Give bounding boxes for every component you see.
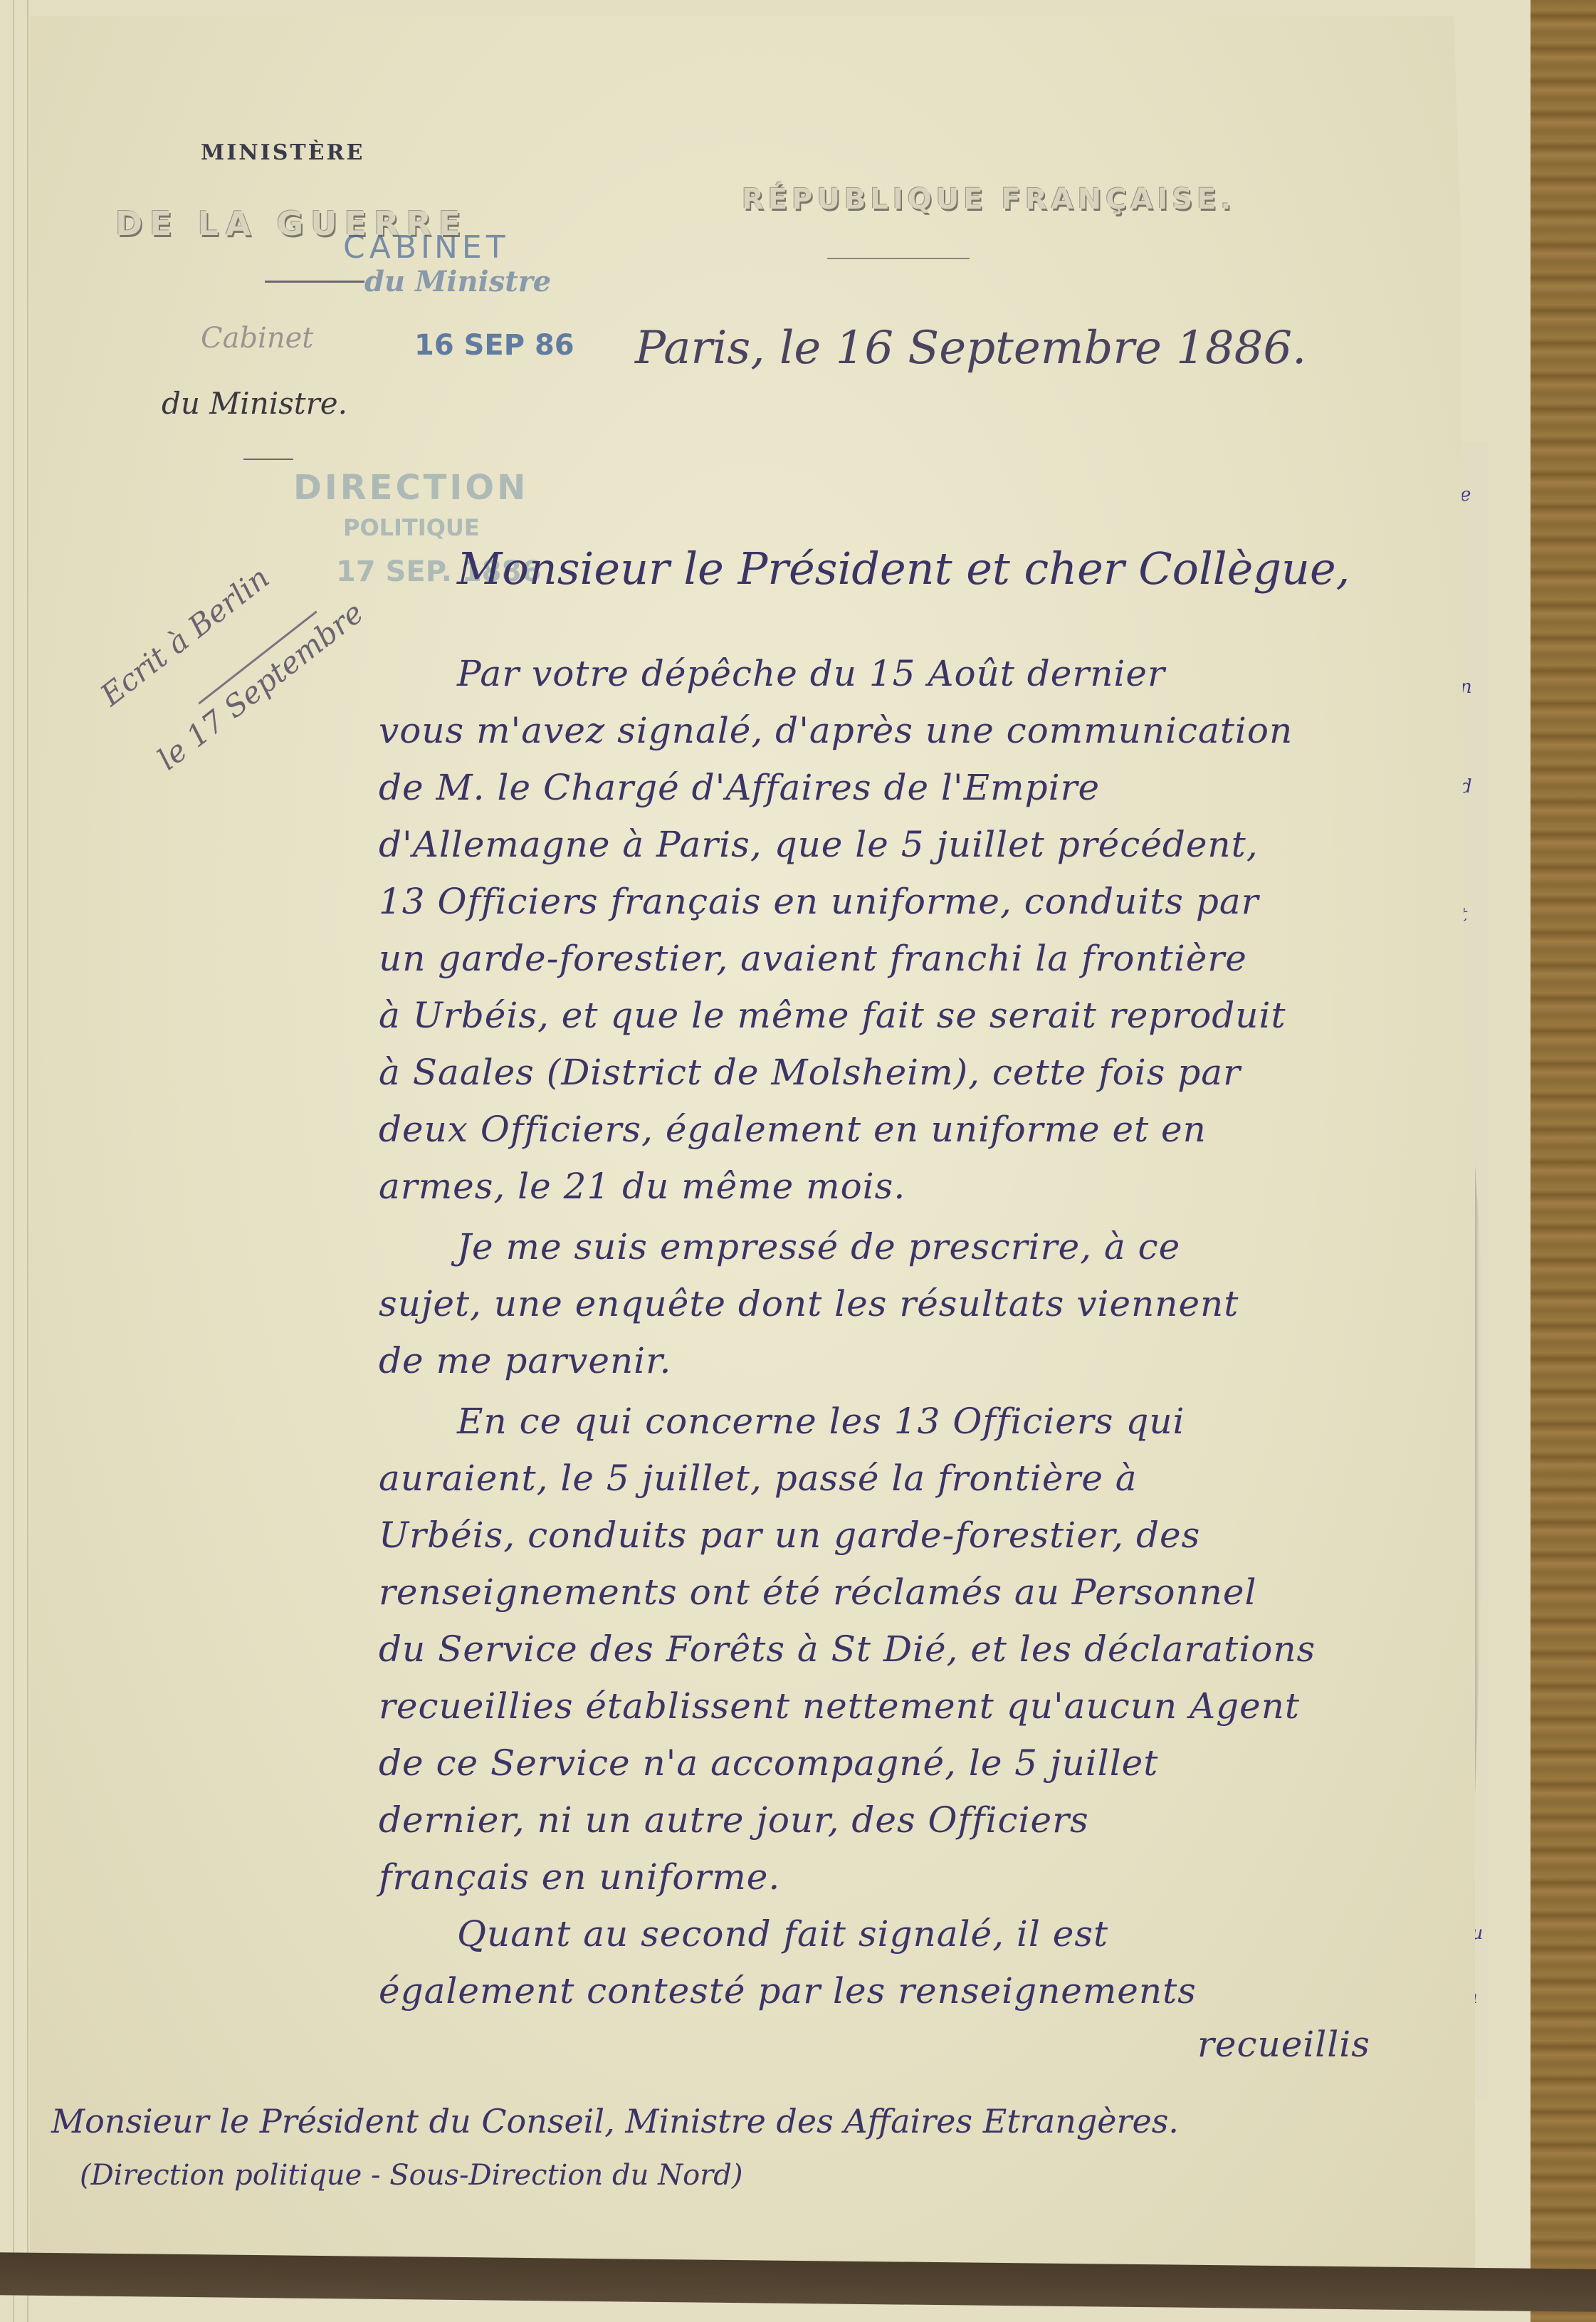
cabinet-stamp-title: CABINET: [343, 229, 510, 266]
body-line: à Urbéis, et que le même fait se serait …: [379, 995, 1286, 1036]
ministry-heading: MINISTÈRE: [201, 140, 364, 165]
body-line: sujet, une enquête dont les résultats vi…: [379, 1283, 1239, 1324]
direction-stamp-sub: POLITIQUE: [343, 514, 480, 541]
body-line: En ce qui concerne les 13 Officiers qui: [457, 1401, 1185, 1442]
divider: [243, 459, 293, 460]
body-line: de ce Service n'a accompagné, le 5 juill…: [379, 1742, 1158, 1784]
catchword: recueillis: [1197, 2024, 1370, 2065]
addressee-line2: (Direction politique - Sous-Direction du…: [80, 2159, 742, 2192]
body-line: un garde-forestier, avaient franchi la f…: [379, 938, 1247, 979]
office-script: Cabinet: [201, 322, 313, 355]
divider: [265, 281, 364, 283]
body-line: à Saales (District de Molsheim), cette f…: [379, 1052, 1241, 1093]
republic-heading: RÉPUBLIQUE FRANÇAISE.: [742, 183, 1236, 216]
cabinet-stamp-sub: du Ministre: [364, 265, 551, 298]
body-line: 13 Officiers français en uniforme, condu…: [379, 881, 1259, 922]
body-line: français en uniforme.: [379, 1856, 780, 1898]
body-line: du Service des Forêts à St Dié, et les d…: [379, 1628, 1316, 1670]
body-line: armes, le 21 du même mois.: [379, 1166, 905, 1207]
cabinet-stamp-date: 16 SEP 86: [414, 329, 574, 362]
direction-stamp-title: DIRECTION: [293, 468, 528, 508]
body-line: d'Allemagne à Paris, que le 5 juillet pr…: [379, 824, 1259, 865]
office-script-sub: du Ministre.: [162, 386, 347, 421]
sheet-edge: [6, 0, 14, 2322]
body-line: dernier, ni un autre jour, des Officiers: [379, 1799, 1089, 1841]
body-line: recueillies établissent nettement qu'auc…: [379, 1685, 1300, 1727]
salutation: Monsieur le Président et cher Collègue,: [457, 543, 1350, 595]
divider: [827, 258, 970, 259]
body-line: de M. le Chargé d'Affaires de l'Empire: [379, 767, 1100, 808]
body-line: Je me suis empressé de prescrire, à ce: [457, 1226, 1180, 1267]
body-line: Par votre dépêche du 15 Août dernier: [457, 653, 1165, 694]
body-line: également contesté par les renseignement…: [379, 1970, 1197, 2012]
body-line: de me parvenir.: [379, 1340, 671, 1381]
sheet-edge: [20, 0, 28, 2322]
body-line: Urbéis, conduits par un garde-forestier,…: [379, 1515, 1200, 1556]
body-line: vous m'avez signalé, d'après une communi…: [379, 710, 1293, 751]
letter-page: MINISTÈRE DE LA GUERRE RÉPUBLIQUE FRANÇA…: [30, 16, 1475, 2273]
body-line: Quant au second fait signalé, il est: [457, 1913, 1108, 1955]
addressee-line1: Monsieur le Président du Conseil, Minist…: [51, 2102, 1179, 2140]
body-line: auraient, le 5 juillet, passé la frontiè…: [379, 1458, 1138, 1499]
dateline: Paris, le 16 Septembre 1886.: [635, 322, 1306, 375]
body-line: renseignements ont été réclamés au Perso…: [379, 1571, 1256, 1613]
body-line: deux Officiers, également en uniforme et…: [379, 1109, 1207, 1150]
